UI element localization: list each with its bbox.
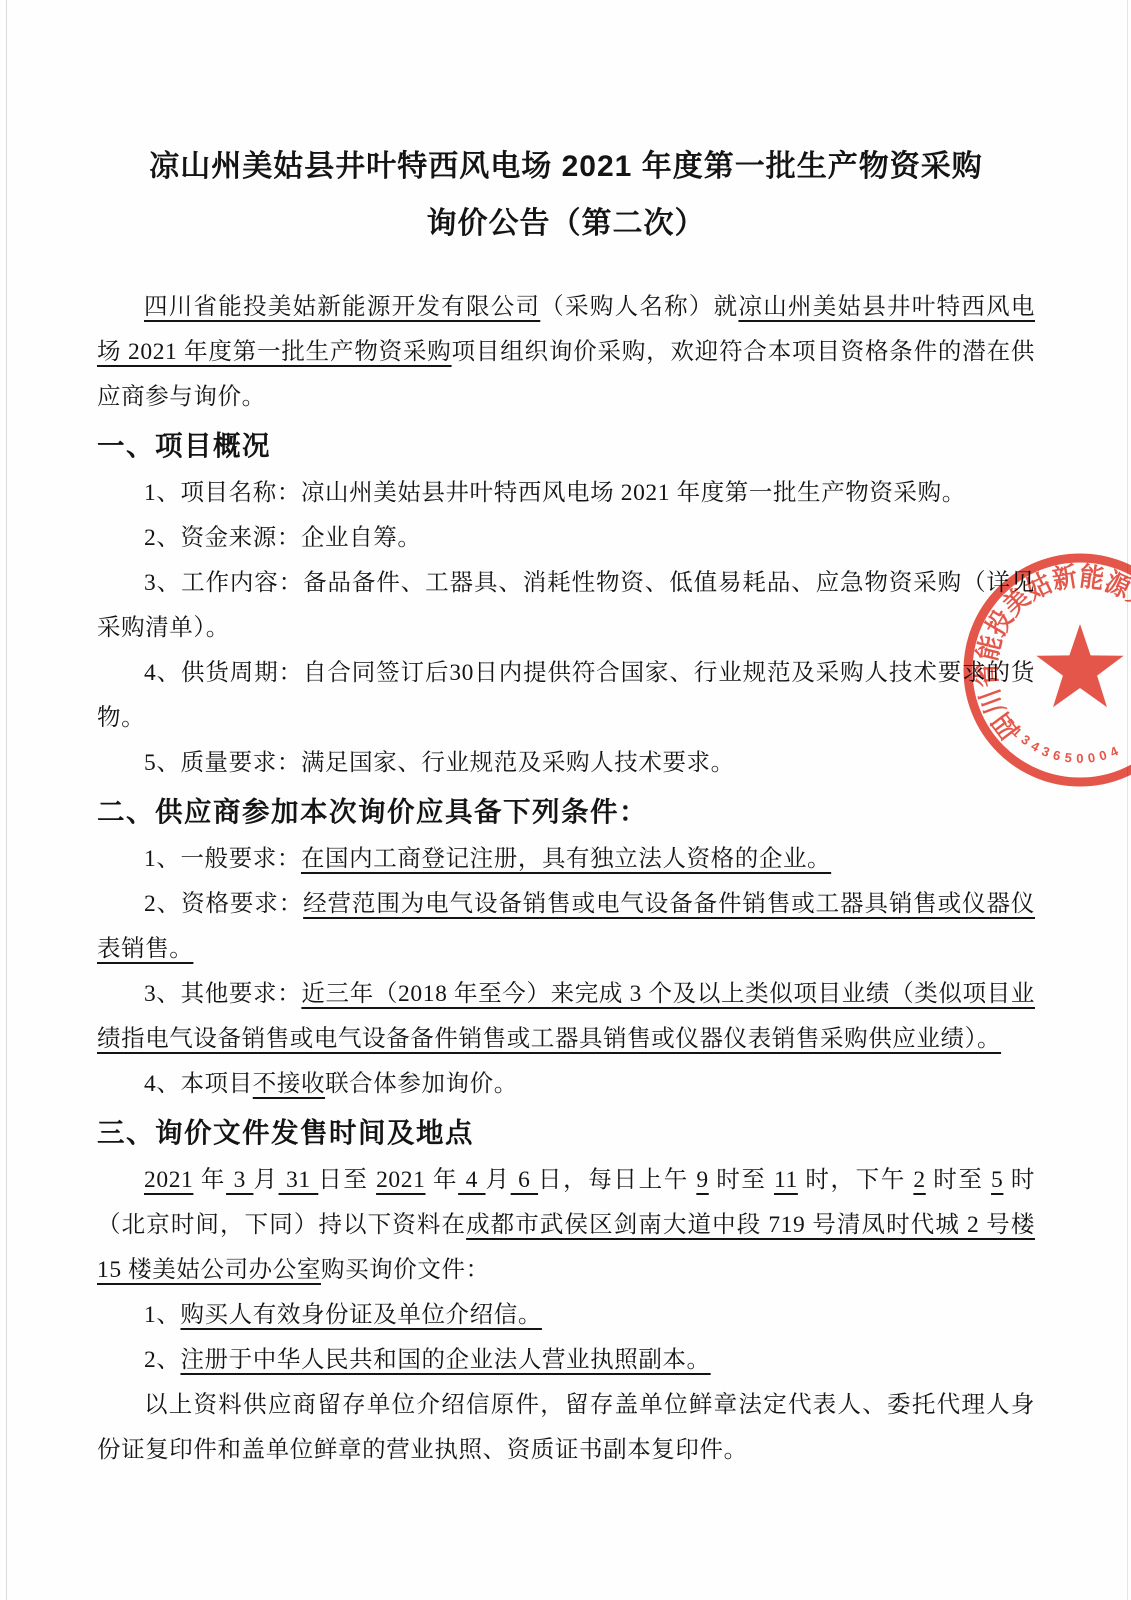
text-segment: 11 (774, 1167, 798, 1193)
section-1-item-5: 5、质量要求：满足国家、行业规范及采购人技术要求。 (97, 741, 1035, 786)
text-segment: 3 (226, 1167, 253, 1193)
section-3-heading: 三、询价文件发售时间及地点 (97, 1110, 1035, 1156)
section-2-heading: 二、供应商参加本次询价应具备下列条件： (97, 789, 1035, 835)
text-segment: 2、 (144, 1347, 180, 1373)
text-segment: 年 (425, 1167, 458, 1193)
document-title-line1: 凉山州美姑县井叶特西风电场 2021 年度第一批生产物资采购 (97, 138, 1035, 195)
text-segment: 联合体参加询价。 (325, 1071, 518, 1097)
text-segment: 月 (486, 1167, 511, 1193)
section-3-item-1: 1、购买人有效身份证及单位介绍信。 (97, 1293, 1035, 1338)
section-2-item-3: 3、其他要求：近三年（2018 年至今）来完成 3 个及以上类似项目业绩（类似项… (97, 972, 1035, 1062)
text-segment: 4、供货周期：自合同签订后30日内提供符合国家、行业规范及采购人技术要求的货物。 (97, 660, 1035, 731)
text-segment: 5 (991, 1167, 1003, 1193)
text-segment: 4、本项目 (144, 1071, 253, 1097)
text-segment: 31 (279, 1167, 319, 1193)
text-segment: 时至 (926, 1167, 991, 1193)
text-segment: 时至 (709, 1167, 774, 1193)
text-segment: 1、项目名称：凉山州美姑县井叶特西风电场 2021 年度第一批生产物资采购。 (144, 480, 966, 506)
section-1-item-4: 4、供货周期：自合同签订后30日内提供符合国家、行业规范及采购人技术要求的货物。 (97, 651, 1035, 741)
text-segment: 5、质量要求：满足国家、行业规范及采购人技术要求。 (144, 750, 735, 776)
text-segment: 不接收 (253, 1071, 325, 1097)
section-2-item-2: 2、资格要求：经营范围为电气设备销售或电气设备备件销售或工器具销售或仪器仪表销售… (97, 882, 1035, 972)
text-segment: 购买询价文件： (321, 1257, 490, 1283)
section-2-item-4: 4、本项目不接收联合体参加询价。 (97, 1062, 1035, 1107)
text-segment: 购买人有效身份证及单位介绍信。 (180, 1302, 542, 1328)
section-1-heading: 一、项目概况 (97, 423, 1035, 469)
text-segment: 2021 (376, 1167, 425, 1193)
text-segment: 2、资格要求： (144, 891, 303, 917)
section-3-item-2: 2、注册于中华人民共和国的企业法人营业执照副本。 (97, 1338, 1035, 1383)
text-segment: 四川省能投美姑新能源开发有限公司 (144, 294, 540, 320)
text-segment: 月 (253, 1167, 278, 1193)
text-segment: 2、资金来源：企业自筹。 (144, 525, 421, 551)
section-1-item-1: 1、项目名称：凉山州美姑县井叶特西风电场 2021 年度第一批生产物资采购。 (97, 471, 1035, 516)
closing-paragraph: 以上资料供应商留存单位介绍信原件，留存盖单位鲜章法定代表人、委托代理人身份证复印… (97, 1383, 1035, 1473)
text-segment: 日，每日上午 (538, 1167, 696, 1193)
text-segment: 日至 (318, 1167, 376, 1193)
text-segment: 以上资料供应商留存单位介绍信原件，留存盖单位鲜章法定代表人、委托代理人身份证复印… (97, 1392, 1035, 1463)
text-segment: 3、其他要求： (144, 981, 301, 1007)
text-segment: 在国内工商登记注册，具有独立法人资格的企业。 (301, 846, 831, 872)
text-segment: 4 (458, 1167, 485, 1193)
section-1-item-3: 3、工作内容：备品备件、工器具、消耗性物资、低值易耗品、应急物资采购（详见采购清… (97, 561, 1035, 651)
text-segment: （采购人名称）就 (540, 294, 738, 320)
text-segment: 1、 (144, 1302, 180, 1328)
text-segment: 9 (696, 1167, 708, 1193)
section-3-date-paragraph: 2021 年 3 月 31 日至 2021 年 4 月 6 日，每日上午 9 时… (97, 1158, 1035, 1293)
document-page: 凉山州美姑县井叶特西风电场 2021 年度第一批生产物资采购 询价公告（第二次）… (0, 0, 1131, 1600)
intro-paragraph: 四川省能投美姑新能源开发有限公司（采购人名称）就凉山州美姑县井叶特西风电场 20… (97, 285, 1035, 420)
text-segment: 时，下午 (798, 1167, 914, 1193)
document-title-line2: 询价公告（第二次） (97, 195, 1035, 252)
section-1-item-2: 2、资金来源：企业自筹。 (97, 516, 1035, 561)
section-2-item-1: 1、一般要求：在国内工商登记注册，具有独立法人资格的企业。 (97, 837, 1035, 882)
text-segment: 3、工作内容：备品备件、工器具、消耗性物资、低值易耗品、应急物资采购（详见采购清… (97, 570, 1035, 641)
text-segment: 年 (193, 1167, 226, 1193)
document-content: 凉山州美姑县井叶特西风电场 2021 年度第一批生产物资采购 询价公告（第二次）… (0, 0, 1131, 1473)
document-title: 凉山州美姑县井叶特西风电场 2021 年度第一批生产物资采购 询价公告（第二次） (97, 138, 1035, 252)
text-segment: 2021 (144, 1167, 193, 1193)
text-segment: 1、一般要求： (144, 846, 301, 872)
text-segment: 6 (511, 1167, 538, 1193)
text-segment: 注册于中华人民共和国的企业法人营业执照副本。 (180, 1347, 710, 1373)
text-segment: 2 (913, 1167, 925, 1193)
